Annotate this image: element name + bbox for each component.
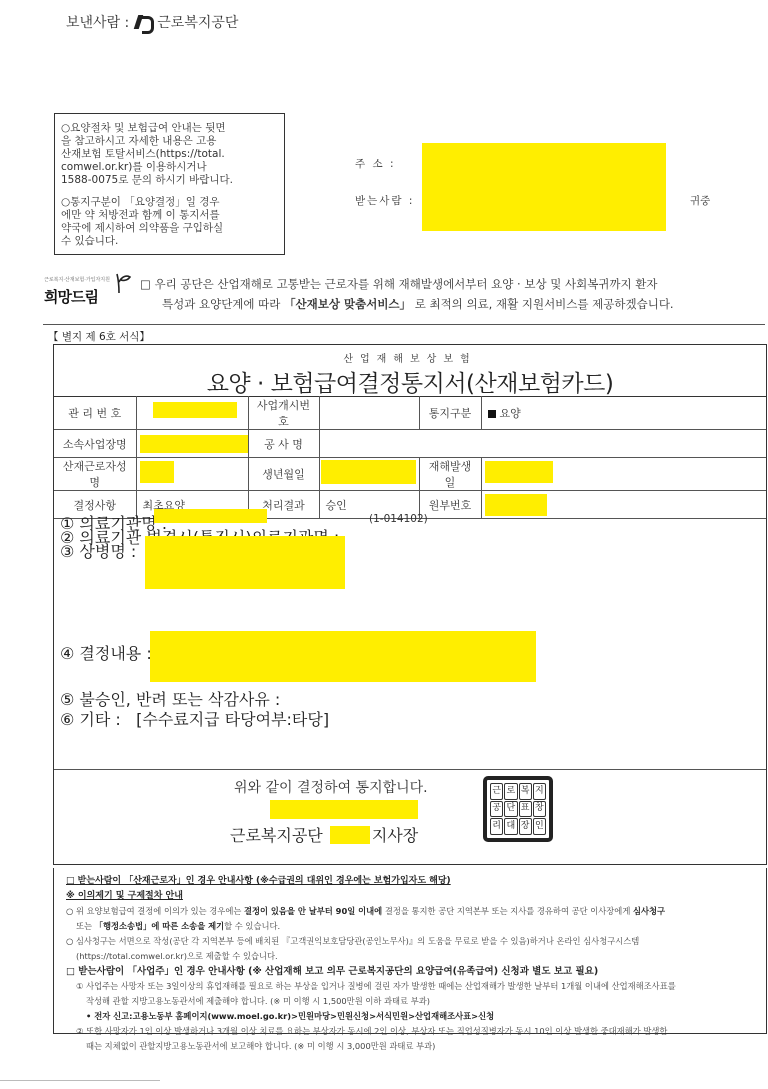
item-other-value: [수수료지급 타당여부:타당] (136, 710, 329, 729)
item-other: ⑥ 기타 : [수수료지급 타당여부:타당] (60, 707, 329, 730)
comwel-logo-icon (135, 14, 151, 30)
hope-dream-logo: 근로복지·산재보험·가입자지원 희망드림 (42, 272, 132, 308)
birth-date-label: 생년월일 (248, 458, 319, 491)
notice-type-text: 요양 (500, 407, 521, 420)
seal-char: 로 (504, 783, 517, 800)
workplace-name-value (136, 430, 248, 458)
seal-char: 표 (519, 801, 532, 818)
text-bold: 심사청구 (633, 906, 665, 916)
slogan-line-2-pre: 특성과 요양단계에 따라 (162, 297, 284, 311)
worker-notice-heading: □ 받는사람이 「산재근로자」인 경우 안내사항 (※수급권의 대위인 경우에는… (66, 874, 754, 889)
text: ○ 위 요양보험급여 결정에 이의가 있는 경우에는 (66, 906, 244, 916)
address-label: 주 소 : (355, 156, 396, 171)
ledger-number-value (481, 491, 766, 519)
slogan-text: □ 우리 공단은 산업재해로 고통받는 근로자를 위해 재해발생에서부터 요양 … (140, 274, 674, 314)
appeal-line-2: 또는 「행정소송법」에 따른 소송을 제기할 수 있습니다. (66, 919, 754, 934)
employer-line-4: ② 또한 사망자가 1인 이상 발생하거나 3개월 이상 치료를 요하는 부상자… (66, 1024, 754, 1039)
info-paragraph-2: ○통지구분이 「요양결정」일 경우 에만 약 처방전과 함께 이 통지서를 약국… (61, 196, 278, 248)
seal-char: 지 (533, 783, 546, 800)
seal-char: 복 (519, 783, 532, 800)
table-row: 산재근로자성명 생년월일 재해발생일 (54, 458, 766, 491)
redaction (140, 461, 174, 483)
slogan-line-2-bold: 「산재보상 맞춤서비스」 (284, 297, 411, 311)
table-row: 소속사업장명 공 사 명 (54, 430, 766, 458)
employer-line-5: 때는 지체없이 관할지방고용노동관서에 보고해야 합니다. (※ 미 이행 시 … (66, 1039, 754, 1054)
seal-char: 대 (504, 818, 517, 835)
seal-char: 창 (533, 801, 546, 818)
sender-line: 보낸사람 : 근로복지공단 (66, 12, 238, 32)
seal-char: 공 (490, 801, 503, 818)
slogan-line-2-post: 로 최적의 의료, 재활 지원서비스를 제공하겠습니다. (411, 297, 674, 311)
date-redaction (270, 800, 418, 819)
seal-char: 근 (490, 783, 503, 800)
redaction (321, 460, 416, 484)
appeal-line-3: ○ 심사청구는 서면으로 작성(공단 각 지역본부 등에 배치된 『고객권익보호… (66, 934, 754, 949)
section-divider (43, 324, 765, 325)
diagnosis-redaction (145, 536, 345, 589)
recipient-name-label: 받는사람 : (355, 193, 414, 208)
branch-redaction (330, 826, 370, 844)
birth-date-value (319, 458, 419, 491)
slogan-line-2: 특성과 요양단계에 따라 「산재보상 맞춤서비스」 로 최적의 의료, 재활 지… (140, 294, 674, 314)
business-start-number-value (319, 397, 419, 430)
slogan-line-1: □ 우리 공단은 산업재해로 고통받는 근로자를 위해 재해발생에서부터 요양 … (140, 274, 674, 294)
item-diagnosis: ③ 상병명 : (60, 539, 136, 562)
notice-type-label: 통지구분 (419, 397, 481, 430)
text: 또는 (76, 921, 95, 931)
text: 결정을 통지한 공단 지역본부 또는 지사를 경유하여 공단 이사장에게 (382, 906, 633, 916)
notice-section: □ 받는사람이 「산재근로자」인 경우 안내사항 (※수급권의 대위인 경우에는… (53, 868, 767, 1034)
appeal-line-1: ○ 위 요양보험급여 결정에 이의가 있는 경우에는 결정이 있음을 안 날부터… (66, 904, 754, 919)
info-paragraph-1: ○요양절차 및 보험급여 안내는 뒷면 을 참고하시고 자세한 내용은 고용 산… (61, 122, 278, 187)
seal-char: 리 (490, 818, 503, 835)
sender-name: 근로복지공단 (157, 12, 238, 32)
employer-line-2: 작성해 관할 지방고용노동관서에 제출해야 합니다. (※ 미 이행 시 1,5… (66, 994, 754, 1009)
appeal-line-4: (https://total.comwel.or.kr)으로 제출할 수 있습니… (66, 949, 754, 964)
worker-name-label: 산재근로자성명 (54, 458, 136, 491)
construction-name-value (319, 430, 766, 458)
official-seal: 근 로 복 지 공 단 표 창 리 대 장 인 (483, 776, 553, 842)
decision-notice-form: 산업재해보상보험 요양 · 보험급여결정통지서(산재보험카드) 관 리 번 호 … (53, 344, 767, 865)
info-table: 관 리 번 호 사업개시번호 통지구분 요양 소속사업장명 공 사 명 산재근로… (54, 396, 766, 519)
text: 할 수 있습니다. (224, 921, 280, 931)
ledger-number-label: 원부번호 (419, 491, 481, 519)
redaction (485, 494, 547, 516)
workplace-name-label: 소속사업장명 (54, 430, 136, 458)
seal-char: 단 (504, 801, 517, 818)
logo-tagline: 근로복지·산재보험·가입자지원 (44, 276, 110, 283)
notice-type-value: 요양 (481, 397, 766, 430)
management-number-value (136, 397, 248, 430)
accident-date-label: 재해발생일 (419, 458, 481, 491)
sprout-icon (116, 272, 132, 294)
item-other-label: ⑥ 기타 : (60, 710, 121, 729)
text-bold: 「행정소송법」에 따른 소송을 제기 (95, 921, 224, 931)
worker-name-value (136, 458, 248, 491)
redaction (485, 461, 553, 483)
recipient-redaction (422, 143, 666, 231)
issuer-title: 지사장 (372, 826, 418, 845)
medical-institution-redaction (154, 509, 267, 523)
business-start-number-label: 사업개시번호 (248, 397, 319, 430)
declaration-text: 위와 같이 결정하여 통지합니다. (234, 777, 428, 797)
employer-notice-heading: □ 받는사람이 「사업주」인 경우 안내사항 (※ 산업재해 보고 의무 근로복… (66, 964, 754, 979)
decision-content-redaction (150, 631, 536, 682)
construction-name-label: 공 사 명 (248, 430, 319, 458)
redaction (153, 402, 237, 418)
table-row: 관 리 번 호 사업개시번호 통지구분 요양 (54, 397, 766, 430)
employer-line-3: • 전자 신고:고용노동부 홈페이지(www.moel.go.kr)>민원마당>… (66, 1009, 754, 1024)
management-number-label: 관 리 번 호 (54, 397, 136, 430)
form-title: 요양 · 보험급여결정통지서(산재보험카드) (54, 365, 766, 398)
seal-char: 장 (519, 818, 532, 835)
redaction (140, 435, 248, 453)
filled-square-icon (488, 410, 496, 418)
logo-text: 희망드림 (44, 286, 98, 307)
employer-line-1: ① 사업주는 사망자 또는 3일이상의 휴업재해를 필요로 하는 부상을 입거나… (66, 979, 754, 994)
item-decision-content: ④ 결정내용 : (60, 641, 152, 664)
issuer-org: 근로복지공단 (230, 826, 323, 845)
sender-label: 보낸사람 : (66, 12, 129, 32)
accident-date-value (481, 458, 766, 491)
text-bold: • 전자 신고:고용노동부 홈페이지(www.moel.go.kr)>민원마당>… (86, 1011, 494, 1021)
declaration-divider (54, 769, 766, 770)
form-subtitle: 산업재해보상보험 (54, 350, 766, 365)
text-bold: 결정이 있음을 안 날부터 90일 이내에 (244, 906, 382, 916)
honorific: 귀중 (690, 193, 710, 208)
seal-char: 인 (533, 818, 546, 835)
issuer: 근로복지공단 지사장 (230, 823, 418, 846)
institution-code: (1-014102) (369, 513, 428, 525)
page-edge-line (0, 1080, 160, 1081)
info-box: ○요양절차 및 보험급여 안내는 뒷면 을 참고하시고 자세한 내용은 고용 산… (54, 113, 285, 255)
form-number: 【 별지 제 6호 서식】 (48, 329, 150, 344)
appeal-heading: ※ 이의제기 및 구제절차 안내 (66, 889, 754, 904)
